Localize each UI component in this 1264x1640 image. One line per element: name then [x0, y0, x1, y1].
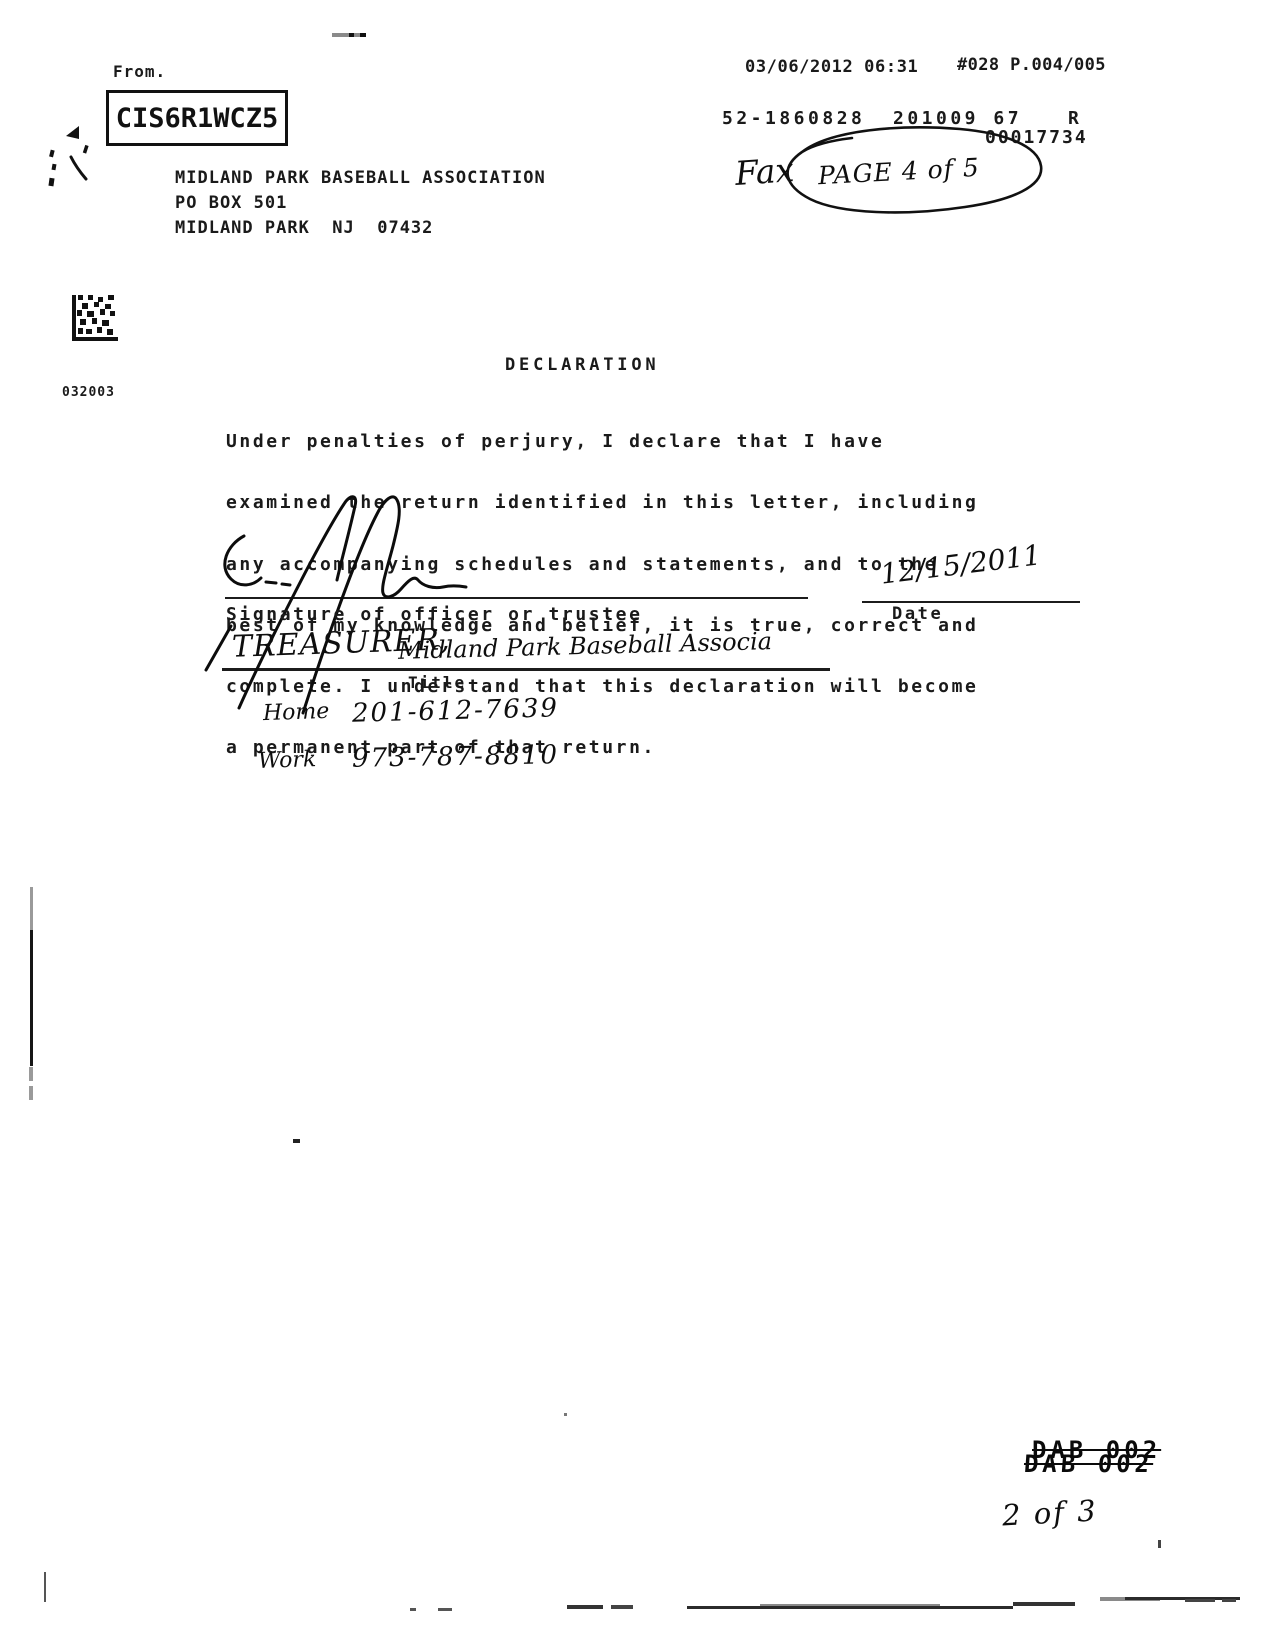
- scan-artifact: [564, 1413, 567, 1416]
- scan-artifact: [1158, 1540, 1161, 1548]
- scan-artifact: [760, 1604, 940, 1606]
- work-phone: 973-787-8810: [352, 740, 559, 774]
- home-phone: 201-612-7639: [352, 693, 560, 728]
- scan-artifact: [1013, 1602, 1075, 1606]
- scan-artifact: [293, 1139, 300, 1143]
- scan-artifact: [29, 1086, 33, 1100]
- handwritten-sheet-number: 2 of 3: [1001, 1494, 1098, 1533]
- home-label: Home: [263, 699, 330, 726]
- scan-artifact: [611, 1605, 633, 1609]
- scan-artifact: [438, 1608, 452, 1611]
- scan-artifact: [29, 1067, 33, 1081]
- scan-artifact: [410, 1608, 416, 1611]
- scan-artifact: [44, 1572, 46, 1602]
- fax-document-page: From. CIS6R1WCZ5 MIDLAND PARK BASEBALL A…: [0, 0, 1264, 1640]
- title-label: Title: [408, 673, 466, 692]
- scan-artifact: [30, 887, 33, 932]
- scan-artifact: [687, 1606, 1013, 1609]
- scan-artifact: [1222, 1599, 1236, 1602]
- scan-artifact: [1185, 1599, 1215, 1602]
- date-label: Date: [892, 604, 943, 624]
- stamp-text-overprint: DAB 002: [1023, 1450, 1154, 1478]
- scan-artifact: [567, 1605, 603, 1609]
- scan-artifact: [30, 930, 33, 1066]
- work-label: Work: [258, 747, 317, 774]
